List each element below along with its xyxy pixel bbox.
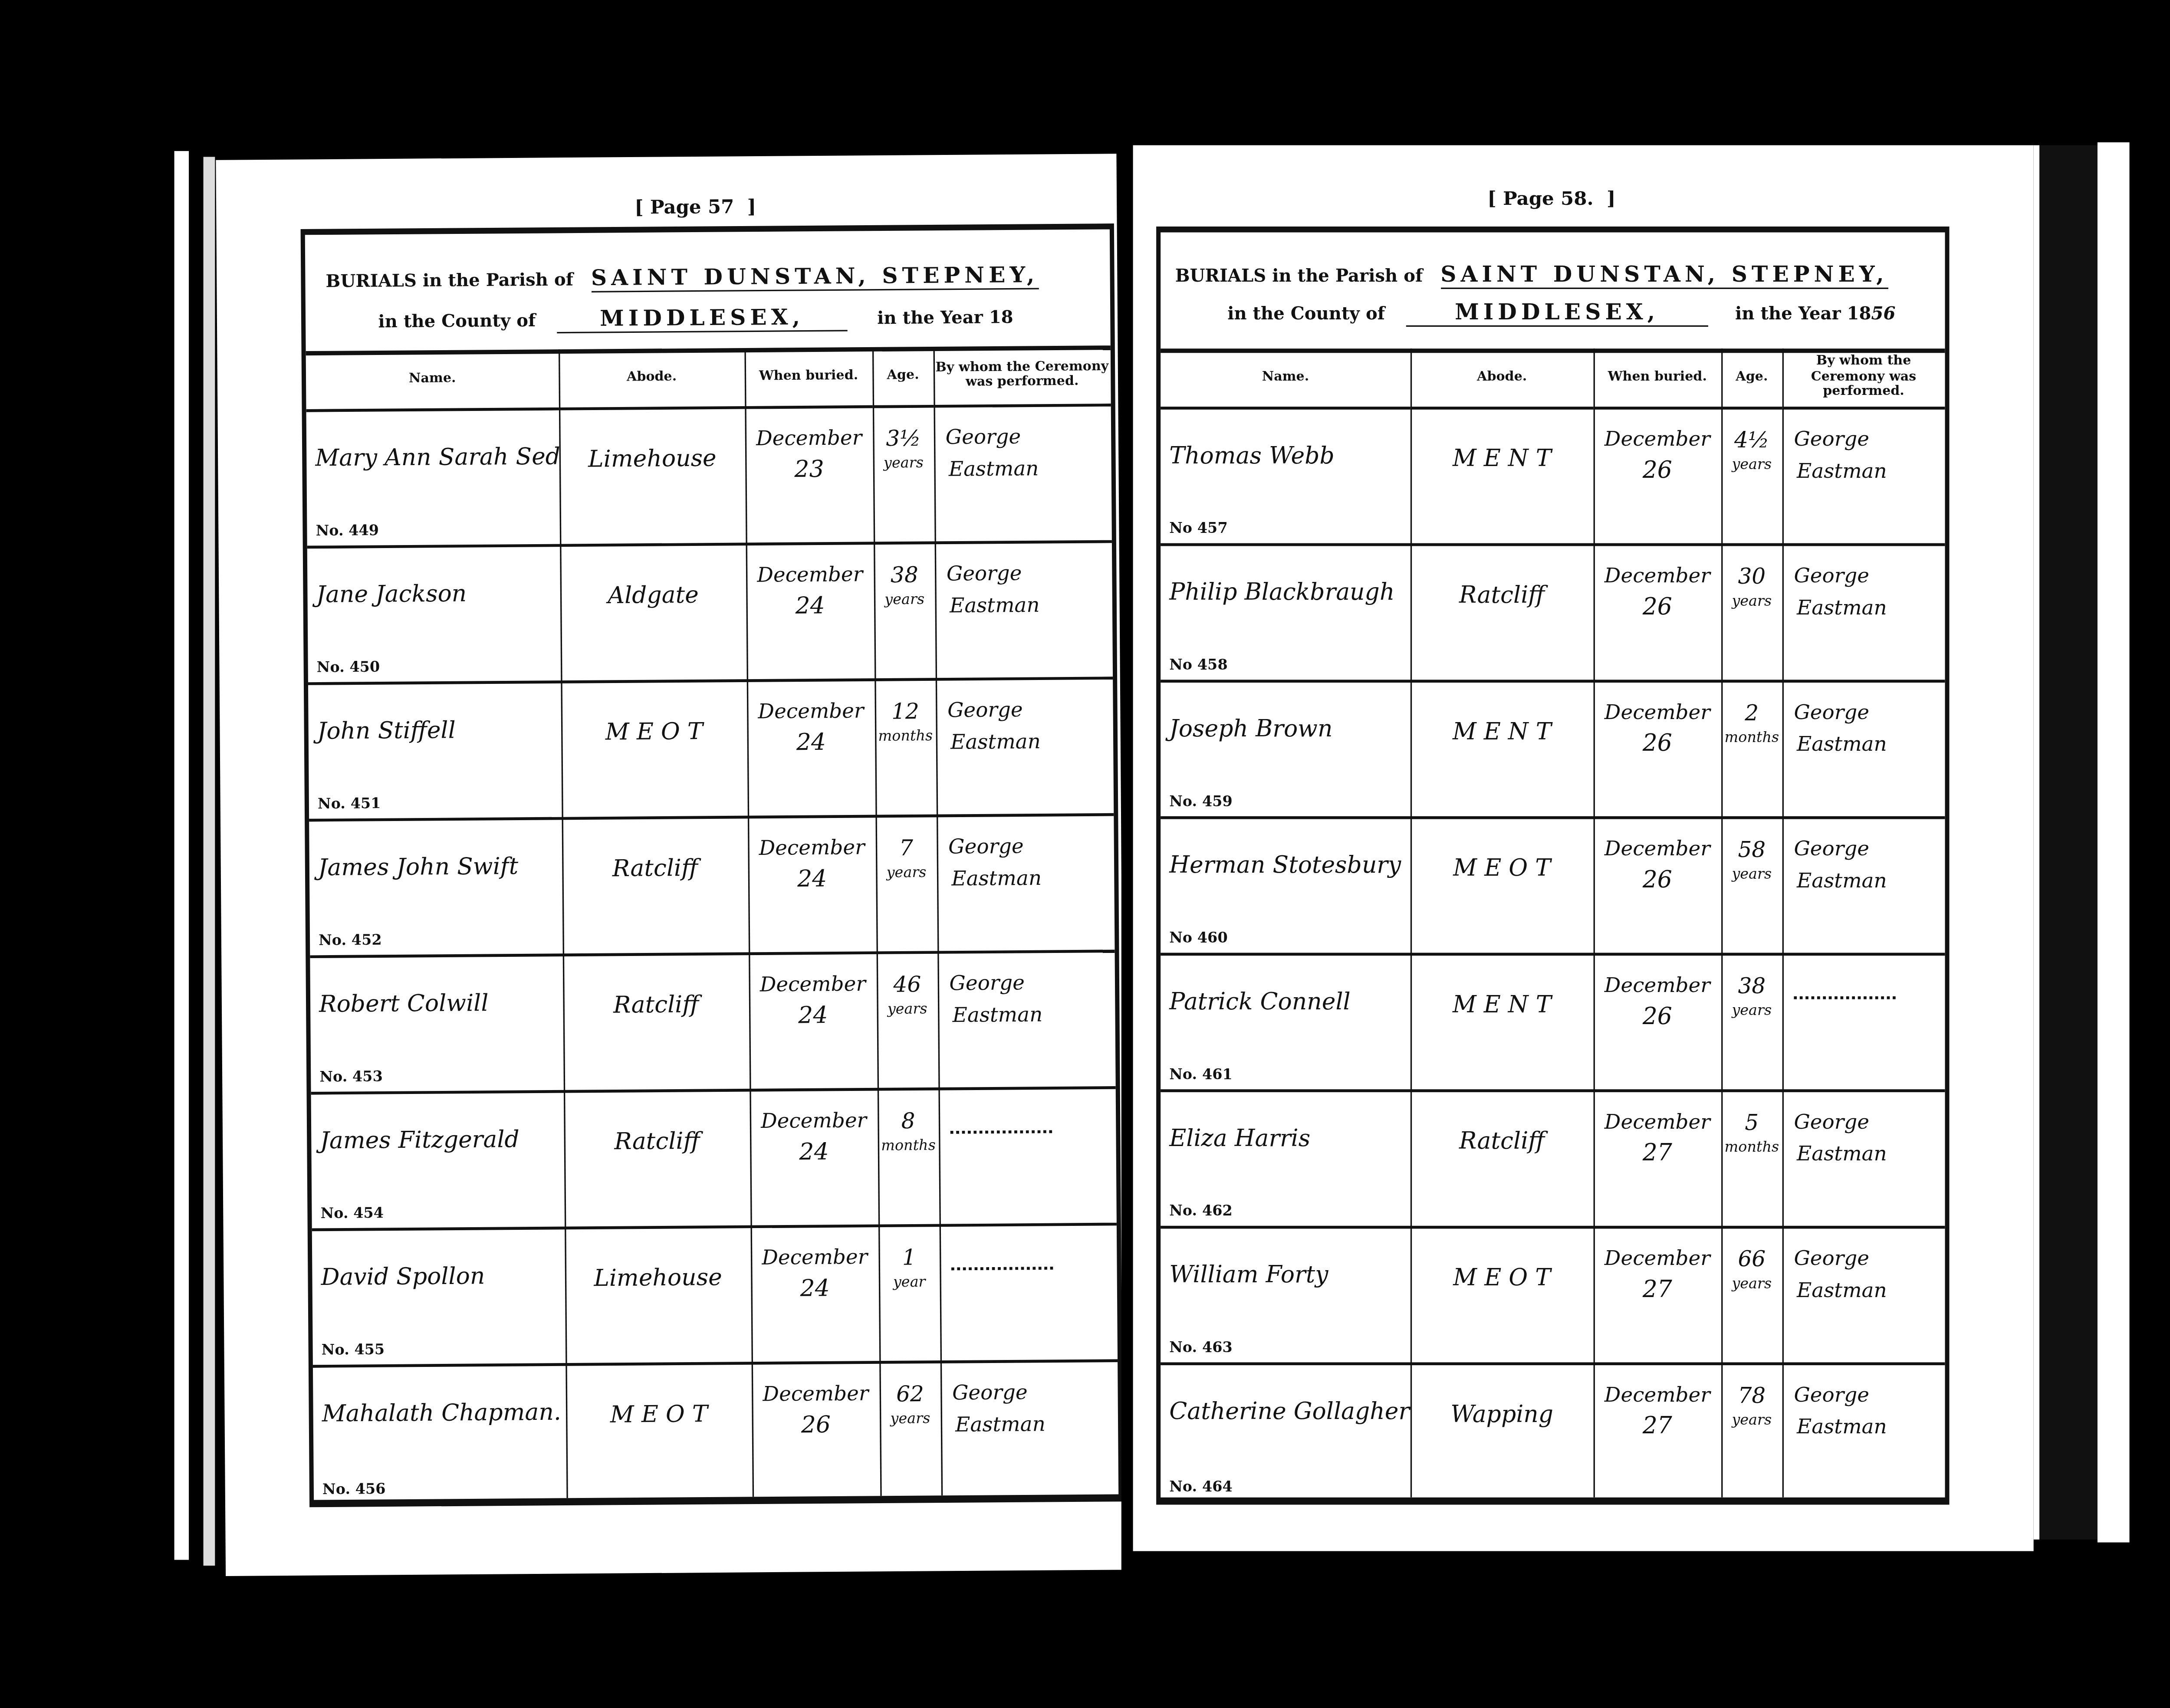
entry-officiant: GeorgeEastman <box>935 543 1113 678</box>
entry-abode: Ratcliff <box>1410 546 1594 680</box>
table-row: James John Swift No. 452 Ratcliff Decemb… <box>309 816 1115 959</box>
entry-when-buried: December26 <box>1594 956 1722 1089</box>
entry-number: No. 462 <box>1169 1204 1233 1220</box>
col-when-buried: When buried. <box>1594 348 1722 410</box>
col-abode: Abode. <box>1410 348 1594 410</box>
left-page-edge-stack <box>204 157 215 1565</box>
entry-age: 3½years <box>873 408 935 542</box>
entry-abode: M E N T <box>1410 410 1594 543</box>
entry-abode: Ratcliff <box>1410 1092 1594 1226</box>
entry-name: William Forty No. 463 <box>1161 1228 1410 1362</box>
burial-register-table: BURIALS in the Parish of SAINT DUNSTAN, … <box>301 223 1123 1507</box>
entry-number: No. 455 <box>322 1343 385 1359</box>
entry-abode: M E O T <box>1410 819 1594 953</box>
entry-age: 4½years <box>1721 410 1782 543</box>
entry-name: James Fitzgerald No. 454 <box>311 1093 565 1228</box>
entry-name: Patrick Connell No. 461 <box>1161 956 1410 1089</box>
col-name: Name. <box>1161 348 1410 410</box>
entry-abode: M E N T <box>1410 956 1594 1089</box>
entry-name: Joseph Brown No. 459 <box>1161 683 1410 816</box>
entry-age: 7years <box>875 817 937 951</box>
entry-abode: M E O T <box>1410 1228 1594 1362</box>
entry-abode: M E O T <box>561 682 748 817</box>
entry-when-buried: December26 <box>1594 410 1722 543</box>
entry-age: 2months <box>1721 683 1782 816</box>
entry-name: Philip Blackbraugh No 458 <box>1161 546 1410 680</box>
table-row: Patrick Connell No. 461 M E N T December… <box>1161 956 1945 1092</box>
entry-number: No 458 <box>1169 658 1227 674</box>
entry-age: 1year <box>878 1227 940 1361</box>
year-value: 56 <box>1871 304 1896 324</box>
table-row: Jane Jackson No. 450 Aldgate December24 … <box>307 543 1113 685</box>
table-row: John Stiffell No. 451 M E O T December24… <box>308 680 1114 822</box>
county-name: MIDDLESEX, <box>556 304 848 333</box>
entry-when-buried: December24 <box>749 954 878 1089</box>
burial-register-table: BURIALS in the Parish of SAINT DUNSTAN, … <box>1156 227 1949 1504</box>
entry-number: No. 464 <box>1169 1480 1233 1496</box>
table-row: Mary Ann Sarah Sedgewick No. 449 Limehou… <box>306 407 1112 549</box>
col-ceremony: By whom the Ceremony was performed. <box>933 345 1111 407</box>
register-heading: BURIALS in the Parish of SAINT DUNSTAN, … <box>1161 233 1945 353</box>
heading-line-1: BURIALS in the Parish of SAINT DUNSTAN, … <box>325 262 1039 294</box>
left-page-edge-outer <box>174 151 189 1560</box>
entry-officiant: GeorgeEastman <box>1782 410 1945 543</box>
entry-officiant: GeorgeEastman <box>937 953 1115 1087</box>
register-heading: BURIALS in the Parish of SAINT DUNSTAN, … <box>305 229 1111 355</box>
entry-when-buried: December24 <box>747 681 876 816</box>
entry-abode: Ratcliff <box>563 955 750 1090</box>
entry-age: 58years <box>1721 819 1782 953</box>
entry-name: Mary Ann Sarah Sedgewick No. 449 <box>306 411 560 546</box>
col-age: Age. <box>872 347 934 408</box>
entry-when-buried: December24 <box>750 1091 878 1225</box>
blank-dash <box>1794 996 1895 999</box>
table-row: Philip Blackbraugh No 458 Ratcliff Decem… <box>1161 546 1945 683</box>
entry-when-buried: December24 <box>746 545 875 679</box>
table-row: Robert Colwill No. 453 Ratcliff December… <box>310 953 1115 1095</box>
gutter <box>1121 145 1133 1583</box>
entry-when-buried: December27 <box>1594 1092 1722 1226</box>
entry-officiant: GeorgeEastman <box>934 407 1111 542</box>
page-number: [ Page 57 ] <box>635 197 756 220</box>
entry-abode: M E N T <box>1410 683 1594 816</box>
entry-officiant <box>1782 956 1945 1089</box>
col-ceremony: By whom the Ceremony was performed. <box>1782 348 1945 410</box>
entry-abode: Aldgate <box>560 545 747 680</box>
entry-name: David Spollon No. 455 <box>312 1229 566 1365</box>
entry-when-buried: December26 <box>1594 546 1722 680</box>
county-name: MIDDLESEX, <box>1405 299 1709 327</box>
entry-when-buried: December27 <box>1594 1228 1722 1362</box>
table-row: Herman Stotesbury No 460 M E O T Decembe… <box>1161 819 1945 956</box>
entry-officiant: GeorgeEastman <box>1782 1365 1945 1502</box>
entry-officiant: GeorgeEastman <box>1782 819 1945 953</box>
entry-age: 12months <box>875 681 937 815</box>
right-page-edge-stack <box>2034 145 2104 1540</box>
entry-officiant: GeorgeEastman <box>940 1362 1119 1500</box>
entry-officiant: GeorgeEastman <box>937 816 1115 951</box>
entry-abode: Ratcliff <box>564 1092 751 1227</box>
entry-number: No. 450 <box>317 660 380 677</box>
col-abode: Abode. <box>559 348 745 411</box>
parish-name: SAINT DUNSTAN, STEPNEY, <box>1440 261 1888 289</box>
entry-officiant: GeorgeEastman <box>1782 683 1945 816</box>
entry-officiant: GeorgeEastman <box>1782 1228 1945 1362</box>
page-number: [ Page 58. ] <box>1487 189 1615 210</box>
entry-officiant: GeorgeEastman <box>936 680 1114 815</box>
entry-number: No. 454 <box>320 1206 384 1222</box>
table-row: Mahalath Chapman. No. 456 M E O T Decemb… <box>313 1362 1118 1504</box>
entry-number: No. 451 <box>318 796 381 813</box>
right-page-edge-outer <box>2098 142 2130 1542</box>
table-row: Catherine Gollagher No. 464 Wapping Dece… <box>1161 1365 1945 1502</box>
entry-when-buried: December26 <box>752 1364 881 1501</box>
col-name: Name. <box>306 349 559 412</box>
entry-abode: Wapping <box>1410 1365 1594 1502</box>
col-age: Age. <box>1721 348 1782 410</box>
heading-line-2: in the County of MIDDLESEX, in the Year … <box>378 302 1013 335</box>
entry-age: 38years <box>874 544 936 678</box>
table-row: Thomas Webb No 457 M E N T December26 4½… <box>1161 410 1945 546</box>
entry-number: No 460 <box>1169 931 1227 947</box>
entry-officiant: GeorgeEastman <box>1782 1092 1945 1226</box>
entry-age: 5months <box>1721 1092 1782 1226</box>
entry-number: No. 463 <box>1169 1340 1233 1357</box>
entry-number: No. 453 <box>319 1070 383 1086</box>
entry-age: 66years <box>1721 1228 1782 1362</box>
table-row: David Spollon No. 455 Limehouse December… <box>312 1225 1118 1368</box>
entry-number: No. 461 <box>1169 1067 1233 1084</box>
entry-when-buried: December26 <box>1594 819 1722 953</box>
entry-when-buried: December24 <box>748 818 877 952</box>
entry-when-buried: December24 <box>751 1227 880 1362</box>
entry-age: 62years <box>879 1363 941 1501</box>
entry-abode: M E O T <box>566 1365 753 1503</box>
right-page: [ Page 58. ] BURIALS in the Parish of SA… <box>1133 145 2034 1551</box>
entry-when-buried: December23 <box>745 408 874 543</box>
entry-abode: Ratcliff <box>562 818 749 953</box>
entry-number: No 457 <box>1169 522 1227 538</box>
entry-name: Mahalath Chapman. No. 456 <box>313 1366 567 1504</box>
entry-name: Herman Stotesbury No 460 <box>1161 819 1410 953</box>
table-row: William Forty No. 463 M E O T December27… <box>1161 1228 1945 1365</box>
entry-officiant <box>938 1089 1116 1224</box>
entry-name: John Stiffell No. 451 <box>308 683 562 819</box>
entry-age: 30years <box>1721 546 1782 680</box>
entry-name: Jane Jackson No. 450 <box>307 547 561 682</box>
parish-name: SAINT DUNSTAN, STEPNEY, <box>591 262 1039 292</box>
book-scan: [ Page 57 ] BURIALS in the Parish of SAI… <box>0 0 2170 1708</box>
entry-number: No. 456 <box>322 1482 386 1498</box>
entry-name: Thomas Webb No 457 <box>1161 410 1410 543</box>
entry-number: No. 459 <box>1169 795 1233 811</box>
blank-dash <box>951 1267 1053 1270</box>
table-row: Eliza Harris No. 462 Ratcliff December27… <box>1161 1092 1945 1229</box>
entry-number: No. 452 <box>319 933 382 949</box>
table-row: Joseph Brown No. 459 M E N T December26 … <box>1161 683 1945 819</box>
left-page: [ Page 57 ] BURIALS in the Parish of SAI… <box>216 154 1126 1576</box>
entry-age: 46years <box>877 954 939 1088</box>
entry-officiant <box>940 1225 1118 1360</box>
entry-age: 8months <box>878 1090 940 1225</box>
entry-name: Eliza Harris No. 462 <box>1161 1092 1410 1226</box>
entry-name: Catherine Gollagher No. 464 <box>1161 1365 1410 1502</box>
heading-line-1: BURIALS in the Parish of SAINT DUNSTAN, … <box>1175 261 1888 289</box>
entry-abode: Limehouse <box>565 1228 752 1363</box>
entry-abode: Limehouse <box>559 409 746 544</box>
entry-name: James John Swift No. 452 <box>309 820 562 955</box>
entry-number: No. 449 <box>316 523 379 540</box>
entry-when-buried: December26 <box>1594 683 1722 816</box>
entry-name: Robert Colwill No. 453 <box>310 956 563 1092</box>
blank-dash <box>950 1130 1052 1133</box>
col-when-buried: When buried. <box>744 347 873 409</box>
entry-officiant: GeorgeEastman <box>1782 546 1945 680</box>
entry-when-buried: December27 <box>1594 1365 1722 1502</box>
entry-age: 78years <box>1721 1365 1782 1502</box>
heading-line-2: in the County of MIDDLESEX, in the Year … <box>1227 299 1895 327</box>
entry-age: 38years <box>1721 956 1782 1089</box>
table-row: James Fitzgerald No. 454 Ratcliff Decemb… <box>311 1089 1117 1232</box>
